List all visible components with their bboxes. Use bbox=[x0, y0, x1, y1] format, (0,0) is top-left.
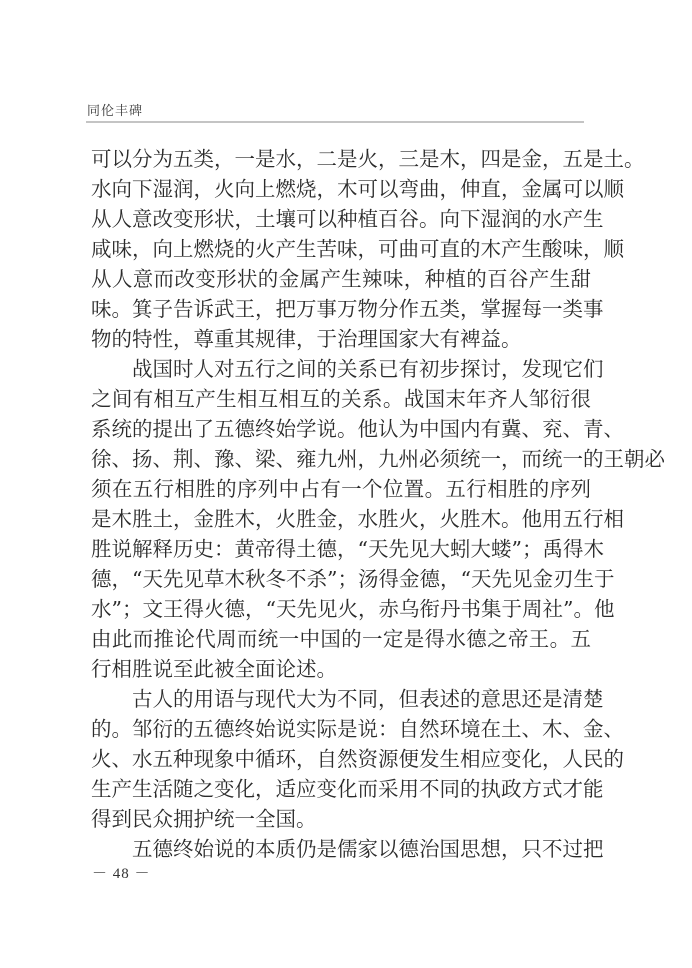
text-line: 德，“天先见草木秋冬不杀”；汤得金德，“天先见金刃生于 bbox=[91, 564, 591, 594]
paragraph-first-line: 五德终始说的本质仍是儒家以德治国思想，只不过把 bbox=[91, 834, 591, 864]
text-line: 得到民众拥护统一全国。 bbox=[91, 804, 591, 834]
paragraph-first-line: 古人的用语与现代大为不同，但表述的意思还是清楚 bbox=[91, 684, 591, 714]
text-line: 从人意改变形状，土壤可以种植百谷。向下湿润的水产生 bbox=[91, 204, 591, 234]
text-line: 之间有相互产生相互相互的关系。战国末年齐人邹衍很 bbox=[91, 384, 591, 414]
header-rule bbox=[86, 121, 584, 123]
text-line: 水”；文王得火德，“天先见火，赤乌衔丹书集于周社”。他 bbox=[91, 594, 591, 624]
paragraph-first-line: 战国时人对五行之间的关系已有初步探讨，发现它们 bbox=[91, 354, 591, 384]
body-text: 可以分为五类，一是水，二是火，三是木，四是金，五是土。 水向下湿润，火向上燃烧，… bbox=[91, 144, 591, 864]
page-number: － 48 － bbox=[92, 862, 151, 883]
text-line: 咸味，向上燃烧的火产生苦味，可曲可直的木产生酸味，顺 bbox=[91, 234, 591, 264]
text-line: 系统的提出了五德终始学说。他认为中国内有冀、兖、青、 bbox=[91, 414, 591, 444]
text-line: 胜说解释历史：黄帝得土德，“天先见大蚓大蝼”；禹得木 bbox=[91, 534, 591, 564]
text-line: 的。邹衍的五德终始说实际是说：自然环境在土、木、金、 bbox=[91, 714, 591, 744]
text-line: 由此而推论代周而统一中国的一定是得水德之帝王。五 bbox=[91, 624, 591, 654]
text-line: 须在五行相胜的序列中占有一个位置。五行相胜的序列 bbox=[91, 474, 591, 504]
text-line: 味。箕子告诉武王，把万事万物分作五类，掌握每一类事 bbox=[91, 294, 591, 324]
text-line: 水向下湿润，火向上燃烧，木可以弯曲，伸直，金属可以顺 bbox=[91, 174, 591, 204]
text-line: 从人意而改变形状的金属产生辣味，种植的百谷产生甜 bbox=[91, 264, 591, 294]
running-head: 同伦丰碑 bbox=[87, 100, 143, 119]
text-line: 是木胜土，金胜木，火胜金，水胜火，火胜木。他用五行相 bbox=[91, 504, 591, 534]
text-line: 物的特性，尊重其规律，于治理国家大有裨益。 bbox=[91, 324, 591, 354]
text-line: 可以分为五类，一是水，二是火，三是木，四是金，五是土。 bbox=[91, 144, 591, 174]
text-line: 行相胜说至此被全面论述。 bbox=[91, 654, 591, 684]
text-line: 生产生活随之变化，适应变化而采用不同的执政方式才能 bbox=[91, 774, 591, 804]
text-line: 火、水五种现象中循环，自然资源便发生相应变化，人民的 bbox=[91, 744, 591, 774]
text-line: 徐、扬、荆、豫、梁、雍九州，九州必须统一，而统一的王朝必 bbox=[91, 444, 591, 474]
